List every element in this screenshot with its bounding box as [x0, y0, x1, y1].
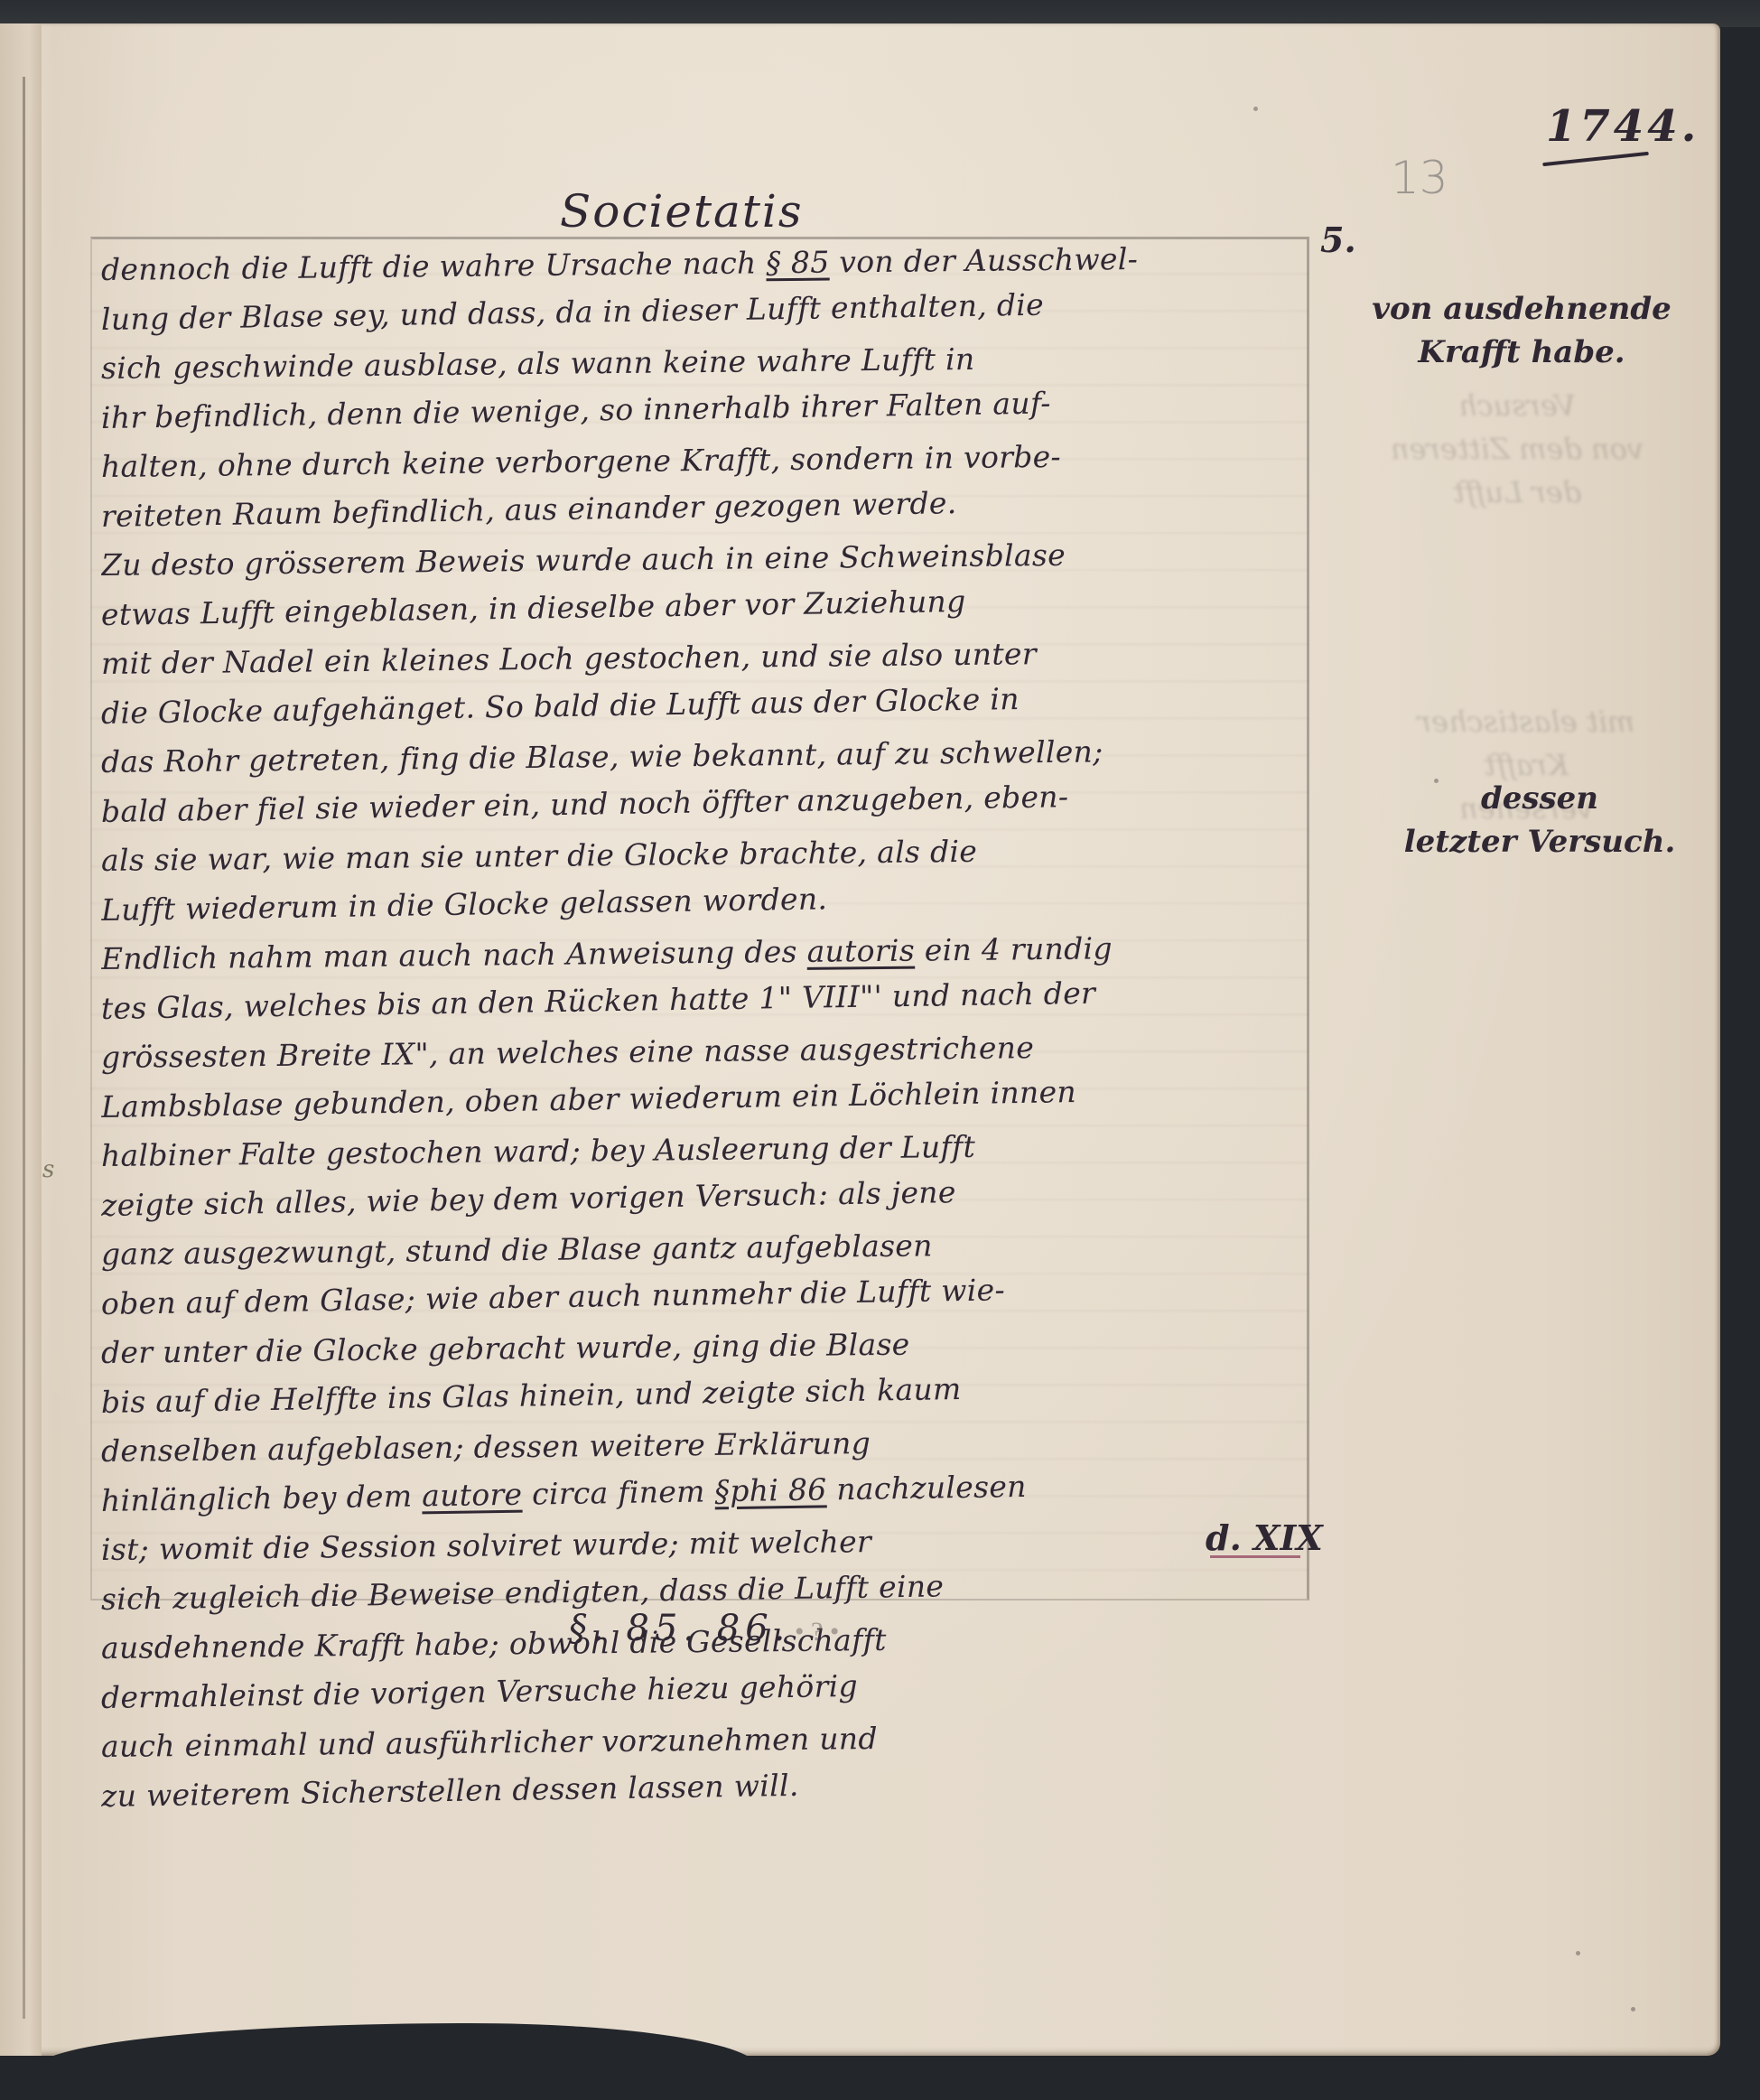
paragraph-reference: §. 85. 86.	[569, 1608, 790, 1649]
page-heading: Societatis	[560, 185, 804, 238]
bleed-through-text: Versuch von dem Zitteren der Lufft	[1355, 384, 1680, 514]
session-signature: d. XIX	[1206, 1517, 1323, 1558]
folio-number-pencil: 13	[1391, 152, 1448, 204]
stray-ink-mark: s	[42, 1156, 54, 1183]
binding-gutter	[0, 23, 42, 2056]
margin-note-ausdehnende-krafft: von ausdehnende Krafft habe.	[1350, 287, 1693, 374]
manuscript-body: dennoch die Lufft die wahre Ursache nach…	[101, 246, 1302, 1821]
underlined-reference: § 85	[766, 245, 830, 281]
margin-note-letzter-versuch: dessen letzter Versuch.	[1382, 777, 1698, 863]
year-annotation: 1744.	[1546, 101, 1699, 152]
margin-note-line: dessen	[1382, 777, 1698, 820]
bleed-line: Versuch	[1355, 384, 1680, 427]
margin-note-line: von ausdehnende	[1350, 287, 1693, 331]
faint-reference-mark: • ? •	[795, 1617, 839, 1647]
paper-speck	[1631, 2007, 1635, 2011]
bleed-line: der Lufft	[1355, 471, 1680, 514]
bleed-line: von dem Zitteren	[1355, 427, 1680, 471]
binding-edge-line	[23, 77, 25, 2019]
bleed-line: mit elastischer	[1355, 700, 1698, 743]
signature-underline	[1210, 1555, 1300, 1558]
underlined-term: autoris	[806, 933, 915, 969]
margin-note-line: Krafft habe.	[1350, 331, 1693, 374]
underlined-term: autore	[422, 1476, 523, 1513]
margin-paragraph-number: 5.	[1320, 219, 1356, 260]
underlined-reference: §phi 86	[714, 1471, 827, 1508]
paper-speck	[1576, 1951, 1580, 1955]
paper-speck	[1253, 107, 1258, 111]
paper-speck	[1434, 779, 1439, 783]
margin-note-line: letzter Versuch.	[1382, 820, 1698, 863]
manuscript-scan: 13 1744. Societatis 5. von ausdehnende K…	[0, 0, 1760, 2100]
